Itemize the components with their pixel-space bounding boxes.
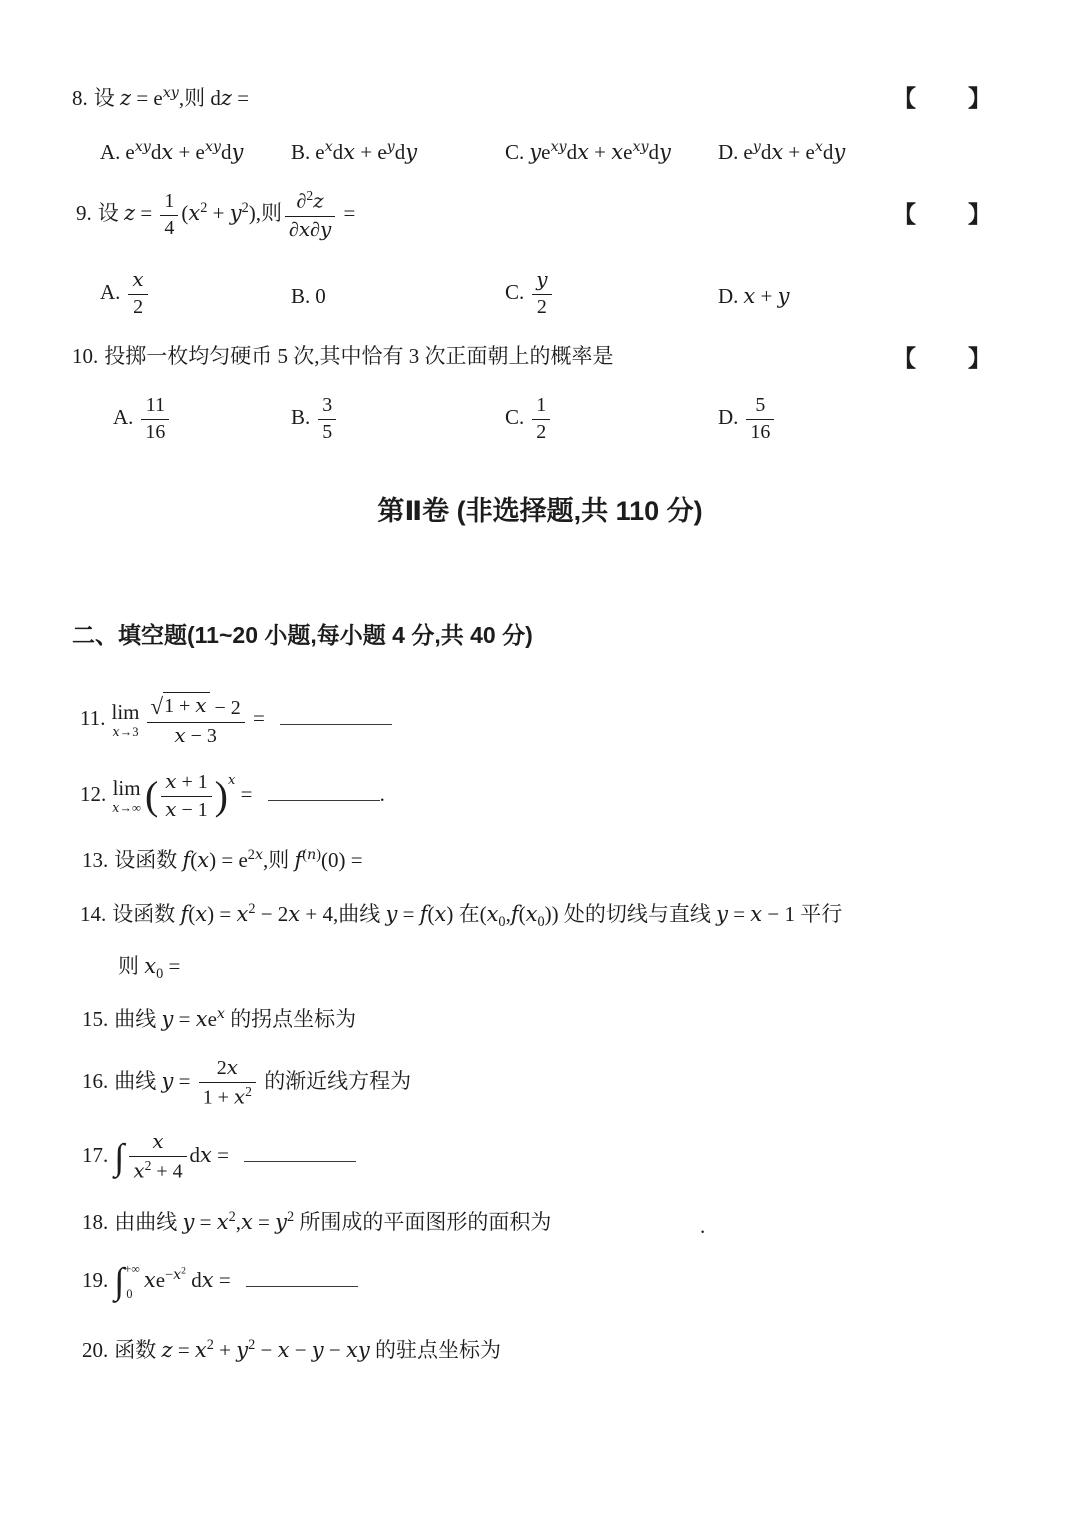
question-14-line2: 则 x0 = [118, 952, 180, 984]
answer-brackets: 【 】 [893, 80, 993, 113]
option-d: D.x + y [718, 282, 789, 310]
stray-dot: . [700, 1212, 705, 1240]
question-stem: 投掷一枚均匀硬币 5 次,其中恰有 3 次正面朝上的概率是 [104, 344, 613, 368]
option-a: A.exydx + exydy [100, 138, 243, 166]
question-10: 10.投掷一枚均匀硬币 5 次,其中恰有 3 次正面朝上的概率是 [72, 342, 614, 370]
option-b: B.exdx + eydy [291, 138, 417, 166]
question-stem: 由曲线 y = x2,x = y2 所围成的平面图形的面积为 [114, 1210, 551, 1234]
question-stem: limx→∞(x + 1x − 1)x = . [112, 782, 385, 806]
question-stem: 函数 z = x2 + y2 − x − y − xy 的驻点坐标为 [114, 1338, 501, 1362]
option-c: C.yexydx + xexydy [505, 138, 671, 166]
exam-page: 8.设 z = exy,则 dz = 【 】 A.exydx + exydy B… [0, 0, 1080, 1527]
question-stem: 设 z = exy,则 dz = [94, 86, 249, 110]
question-12: 12.limx→∞(x + 1x − 1)x = . [80, 770, 385, 823]
option-d: D.516 [718, 394, 777, 445]
question-stem: 设函数 f(x) = e2x,则 f(n)(0) = [114, 848, 362, 872]
question-13: 13.设函数 f(x) = e2x,则 f(n)(0) = [82, 846, 363, 874]
question-stem: ∫+∞0xe−x2 dx = [114, 1268, 358, 1292]
option-b: B.0 [291, 282, 326, 310]
option-a: A.1116 [113, 394, 172, 445]
answer-brackets: 【 】 [893, 196, 993, 229]
option-c: C.12 [505, 394, 553, 445]
question-9: 9.设 z = 14(x2 + y2),则∂2z∂x∂y = [76, 188, 355, 243]
question-11: 11.limx→3√1 + x − 2x − 3 = [80, 692, 392, 749]
question-stem: ∫xx2 + 4dx = [114, 1143, 356, 1167]
question-stem: 设函数 f(x) = x2 − 2x + 4,曲线 y = f(x) 在(x0,… [112, 902, 842, 926]
option-b: B.35 [291, 394, 339, 445]
question-17: 17.∫xx2 + 4dx = [82, 1130, 356, 1185]
question-18: 18.由曲线 y = x2,x = y2 所围成的平面图形的面积为 . [82, 1208, 551, 1236]
question-number: 8. [72, 86, 88, 110]
question-number: 9. [76, 201, 92, 225]
section-2-title: 第Ⅱ卷 (非选择题,共 110 分) [0, 489, 1080, 528]
question-stem: 设 z = 14(x2 + y2),则∂2z∂x∂y = [98, 201, 356, 225]
question-16: 16.曲线 y = 2x1 + x2 的渐近线方程为 [82, 1056, 411, 1111]
option-c: C.y2 [505, 268, 555, 320]
question-number: 10. [72, 344, 98, 368]
option-a: A.x2 [100, 268, 151, 320]
question-stem: 曲线 y = 2x1 + x2 的渐近线方程为 [114, 1069, 411, 1093]
question-stem: limx→3√1 + x − 2x − 3 = [111, 706, 392, 730]
question-19: 19.∫+∞0xe−x2 dx = [82, 1260, 358, 1303]
option-d: D.eydx + exdy [718, 138, 845, 166]
question-20: 20.函数 z = x2 + y2 − x − y − xy 的驻点坐标为 [82, 1336, 501, 1364]
question-15: 15.曲线 y = xex 的拐点坐标为 [82, 1005, 356, 1033]
question-14: 14.设函数 f(x) = x2 − 2x + 4,曲线 y = f(x) 在(… [80, 900, 842, 932]
fill-section-header: 二、填空题(11~20 小题,每小题 4 分,共 40 分) [72, 617, 533, 650]
question-8: 8.设 z = exy,则 dz = [72, 84, 249, 112]
answer-brackets: 【 】 [893, 340, 993, 373]
question-stem: 曲线 y = xex 的拐点坐标为 [114, 1007, 356, 1031]
